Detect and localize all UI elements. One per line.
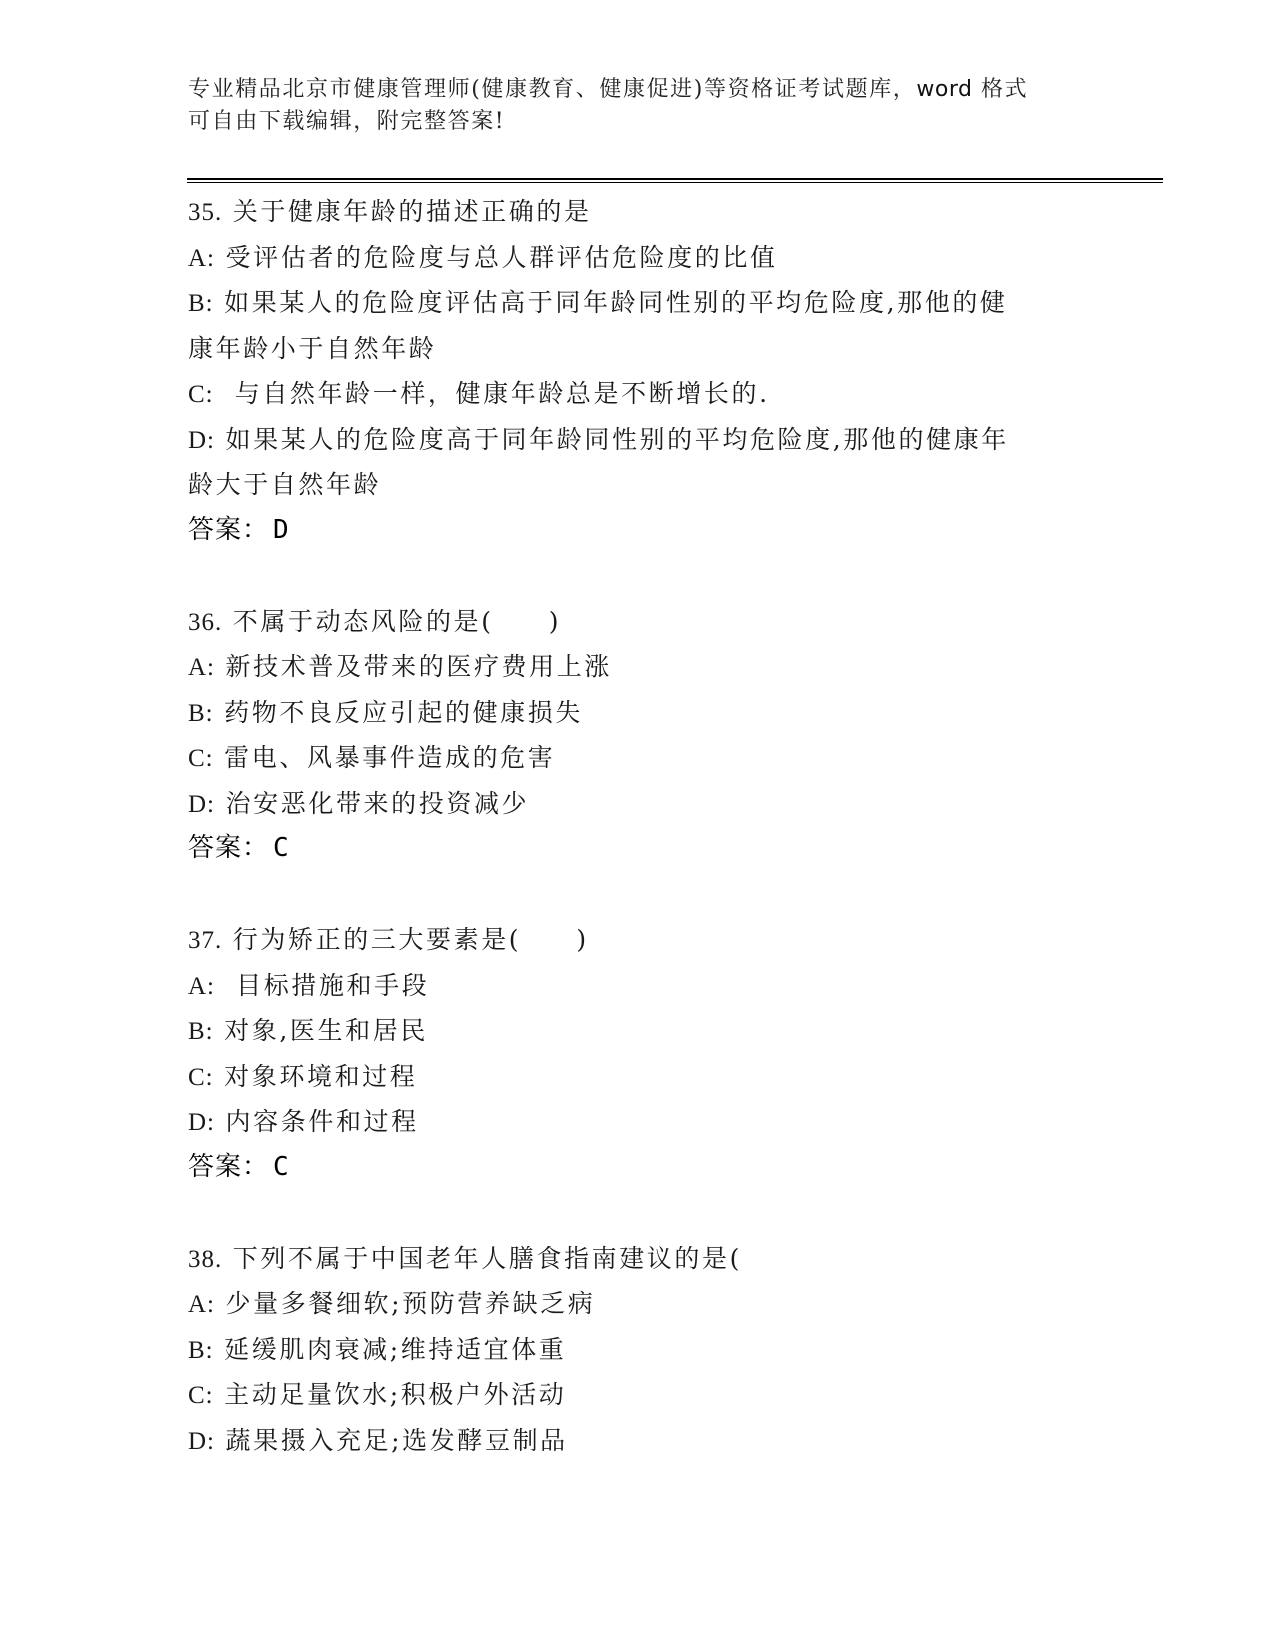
option-label: C:: [188, 1382, 214, 1409]
option-label: D:: [188, 791, 215, 818]
option-label: C:: [188, 1064, 214, 1091]
option-text: 对象,医生和居民: [224, 1016, 428, 1045]
question-text: 不属于动态风险的是( ): [233, 607, 561, 636]
option-b: B: 对象,医生和居民: [188, 1008, 1088, 1054]
header-title-suffix: 格式: [972, 77, 1028, 102]
option-c: C: 对象环境和过程: [188, 1054, 1088, 1100]
question-stem: 37. 行为矫正的三大要素是( ): [188, 917, 1088, 963]
option-d-continuation: 龄大于自然年龄: [188, 462, 1088, 508]
answer-label: 答案：: [188, 515, 269, 545]
option-label: D:: [188, 1428, 215, 1455]
question-text: 关于健康年龄的描述正确的是: [233, 197, 592, 226]
option-c: C: 雷电、风暴事件造成的危害: [188, 735, 1088, 781]
option-label: D:: [188, 427, 215, 454]
option-text: 治安恶化带来的投资减少: [226, 789, 530, 818]
option-d: D: 如果某人的危险度高于同年龄同性别的平均危险度,那他的健康年: [188, 417, 1088, 463]
question-text: 下列不属于中国老年人膳食指南建议的是(: [233, 1244, 742, 1273]
answer-line: 答案：C: [188, 1145, 1088, 1191]
rule-thick: [187, 178, 1163, 180]
option-label: B:: [188, 1018, 214, 1045]
answer-value: C: [273, 833, 290, 863]
option-label: A:: [188, 245, 215, 272]
option-text: 对象环境和过程: [224, 1062, 417, 1091]
question-number: 36.: [188, 609, 222, 636]
option-a: A: 少量多餐细软;预防营养缺乏病: [188, 1281, 1088, 1327]
answer-label: 答案：: [188, 833, 269, 863]
option-label: B:: [188, 700, 214, 727]
option-text: 少量多餐细软;预防营养缺乏病: [226, 1289, 596, 1318]
question-number: 35.: [188, 199, 222, 226]
option-a: A: 新技术普及带来的医疗费用上涨: [188, 644, 1088, 690]
option-text: 如果某人的危险度高于同年龄同性别的平均危险度,那他的健康年: [226, 425, 1009, 454]
header-line-1: 专业精品北京市健康管理师(健康教育、健康促进)等资格证考试题库，word 格式: [188, 74, 1088, 106]
question-37: 37. 行为矫正的三大要素是( ) A: 目标措施和手段 B: 对象,医生和居民…: [188, 917, 1088, 1190]
question-number: 37.: [188, 927, 222, 954]
rule-thin: [187, 182, 1163, 183]
option-b: B: 药物不良反应引起的健康损失: [188, 690, 1088, 736]
option-text: 如果某人的危险度评估高于同年龄同性别的平均危险度,那他的健: [224, 288, 1007, 317]
option-d: D: 蔬果摄入充足;选发酵豆制品: [188, 1418, 1088, 1464]
question-text: 行为矫正的三大要素是( ): [233, 925, 589, 954]
option-d: D: 治安恶化带来的投资减少: [188, 781, 1088, 827]
question-stem: 36. 不属于动态风险的是( ): [188, 599, 1088, 645]
question-stem: 35. 关于健康年龄的描述正确的是: [188, 189, 1088, 235]
option-label: A:: [188, 1291, 215, 1318]
option-b: B: 延缓肌肉衰减;维持适宜体重: [188, 1327, 1088, 1373]
header-line-2: 可自由下载编辑，附完整答案!: [188, 106, 1088, 138]
option-text: 主动足量饮水;积极户外活动: [224, 1380, 566, 1409]
option-d: D: 内容条件和过程: [188, 1099, 1088, 1145]
option-label: B:: [188, 1337, 214, 1364]
question-list: 35. 关于健康年龄的描述正确的是 A: 受评估者的危险度与总人群评估危险度的比…: [188, 189, 1088, 1509]
option-text: 蔬果摄入充足;选发酵豆制品: [226, 1426, 568, 1455]
option-text: 雷电、风暴事件造成的危害: [224, 743, 555, 772]
option-b: B: 如果某人的危险度评估高于同年龄同性别的平均危险度,那他的健: [188, 280, 1088, 326]
answer-label: 答案：: [188, 1152, 269, 1182]
option-a: A: 目标措施和手段: [188, 963, 1088, 1009]
answer-line: 答案：C: [188, 826, 1088, 872]
option-label: C:: [188, 745, 214, 772]
question-36: 36. 不属于动态风险的是( ) A: 新技术普及带来的医疗费用上涨 B: 药物…: [188, 599, 1088, 872]
option-c: C: 主动足量饮水;积极户外活动: [188, 1372, 1088, 1418]
option-label: B:: [188, 290, 214, 317]
option-text: 延缓肌肉衰减;维持适宜体重: [224, 1335, 566, 1364]
option-b-continuation: 康年龄小于自然年龄: [188, 326, 1088, 372]
option-text: 目标措施和手段: [226, 971, 430, 1000]
header-word-format: word: [916, 77, 972, 102]
option-label: A:: [188, 973, 215, 1000]
question-stem: 38. 下列不属于中国老年人膳食指南建议的是(: [188, 1236, 1088, 1282]
option-label: D:: [188, 1109, 215, 1136]
question-38: 38. 下列不属于中国老年人膳食指南建议的是( A: 少量多餐细软;预防营养缺乏…: [188, 1236, 1088, 1464]
option-text: 药物不良反应引起的健康损失: [224, 698, 583, 727]
option-label: A:: [188, 654, 215, 681]
header-title-text: 专业精品北京市健康管理师(健康教育、健康促进)等资格证考试题库，: [188, 77, 916, 102]
answer-value: C: [273, 1152, 290, 1182]
question-number: 38.: [188, 1246, 222, 1273]
question-35: 35. 关于健康年龄的描述正确的是 A: 受评估者的危险度与总人群评估危险度的比…: [188, 189, 1088, 553]
answer-value: D: [273, 515, 290, 545]
option-a: A: 受评估者的危险度与总人群评估危险度的比值: [188, 235, 1088, 281]
option-text: 受评估者的危险度与总人群评估危险度的比值: [226, 243, 778, 272]
option-text: 内容条件和过程: [226, 1107, 419, 1136]
header-double-rule: [187, 178, 1163, 184]
option-text: 新技术普及带来的医疗费用上涨: [226, 652, 612, 681]
option-label: C:: [188, 381, 214, 408]
option-c: C: 与自然年龄一样，健康年龄总是不断增长的.: [188, 371, 1088, 417]
page-header: 专业精品北京市健康管理师(健康教育、健康促进)等资格证考试题库，word 格式 …: [188, 74, 1088, 138]
option-text: 与自然年龄一样，健康年龄总是不断增长的.: [224, 379, 770, 408]
answer-line: 答案：D: [188, 508, 1088, 554]
